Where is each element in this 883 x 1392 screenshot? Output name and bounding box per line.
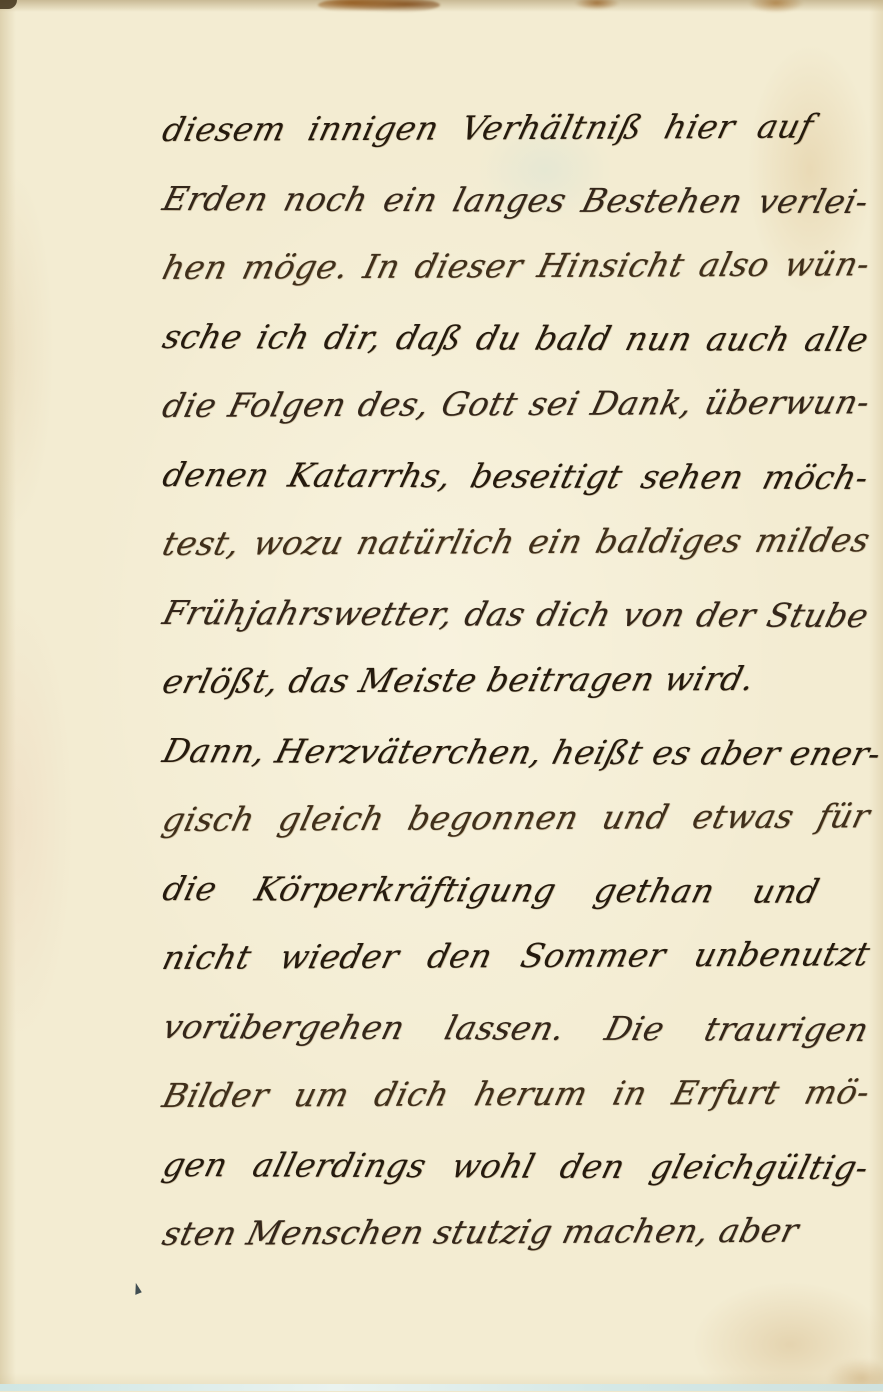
ink-flick-mark: [131, 1282, 142, 1295]
foxing-stain-top-center: [318, 0, 440, 13]
handwriting-line: die Folgen des, Gott sei Dank, überwun-: [155, 367, 878, 440]
handwriting-line: Erden noch ein langes Bestehen verlei-: [155, 164, 877, 236]
handwriting-line: sche ich dir, daß du bald nun auch alle: [155, 302, 877, 374]
scanner-edge-strip: [0, 1384, 883, 1391]
handwriting-line: die Körperkräftigung gethan und: [155, 854, 827, 926]
handwriting-line: denen Katarrhs, beseitigt sehen möch-: [155, 440, 877, 512]
handwriting-line: sten Menschen stutzig machen, aber: [155, 1196, 793, 1268]
handwriting-line: Dann, Herzväterchen, heißt es aber ener-: [155, 716, 877, 788]
foxing-stain-top-right: [748, 0, 804, 13]
handwriting-line: Bilder um dich herum in Erfurt mö-: [155, 1057, 878, 1130]
handwriting-line: gen allerdings wohl den gleichgültig-: [155, 1130, 877, 1202]
foxing-stain-top-mid: [574, 0, 620, 10]
handwriting-line: nicht wieder den Sommer unbenutzt: [155, 919, 878, 992]
handwriting-line: Frühjahrswetter, das dich von der Stube: [155, 578, 877, 650]
paper-sheet: diesem innigen Verhältniß hier auf Erden…: [0, 0, 883, 1391]
handwriting-line: test, wozu natürlich ein baldiges mildes: [155, 505, 878, 578]
handwriting-line: diesem innigen Verhältniß hier auf: [155, 92, 821, 164]
letter-text-block: diesem innigen Verhältniß hier auf Erden…: [155, 95, 860, 1268]
handwriting-line: hen möge. In dieser Hinsicht also wün-: [155, 229, 878, 302]
handwriting-line: erlößt, das Meiste beitragen wird.: [155, 644, 708, 716]
handwriting-line: vorübergehen lassen. Die traurigen: [155, 992, 877, 1064]
corner-ink-speck: [0, 0, 17, 9]
handwriting-line: gisch gleich begonnen und etwas für: [155, 781, 878, 854]
